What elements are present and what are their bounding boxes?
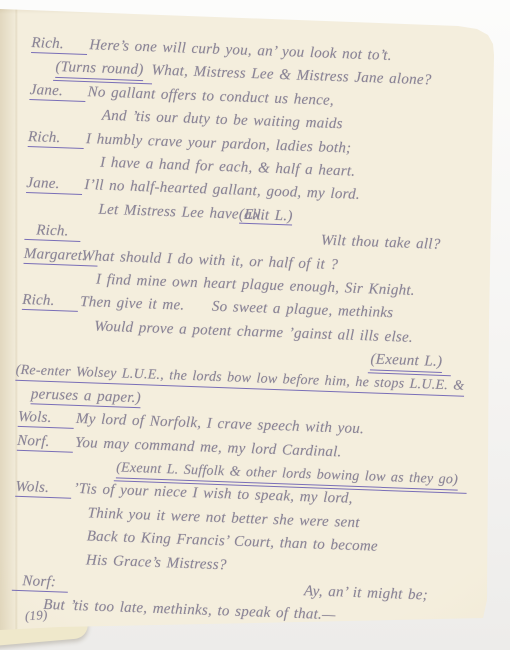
speaker-label: Jane. — [29, 82, 86, 102]
speaker-label: Rich. — [31, 35, 88, 55]
speaker-label: Jane. — [26, 175, 83, 195]
speaker-label: Rich. — [28, 129, 85, 149]
stage-direction-text: (Exeunt L.) — [370, 351, 442, 372]
speaker-label: Norf. — [17, 432, 74, 452]
speaker-label: Wols. — [18, 409, 75, 429]
dialogue-text: Here’s one will curb you, an’ you look n… — [89, 37, 392, 65]
script-lines: Rich.Here’s one will curb you, an’ you l… — [0, 26, 480, 635]
speaker-label: Wols. — [15, 479, 72, 499]
speaker-label: Margaret. — [24, 245, 99, 266]
dialogue-text: Ay, an’ it might be; — [304, 583, 428, 604]
dialogue-text: Wilt thou take all? — [321, 233, 441, 254]
manuscript-page: Rich.Here’s one will curb you, an’ you l… — [0, 0, 510, 650]
speaker-label: Norf: — [12, 573, 69, 593]
page-number: (19) — [24, 607, 48, 625]
exit-stage-direction: (Exit L.) — [239, 206, 293, 225]
inline-stage-direction: (Turns round) — [55, 59, 144, 81]
stage-direction-text: peruses a paper.) — [30, 386, 141, 408]
photo-background: Rich.Here’s one will curb you, an’ you l… — [0, 0, 510, 650]
speaker-label: Rich. — [22, 292, 79, 312]
dialogue-text: His Grace’s Mistress? — [86, 552, 227, 574]
speaker-label: Rich. — [24, 222, 81, 242]
